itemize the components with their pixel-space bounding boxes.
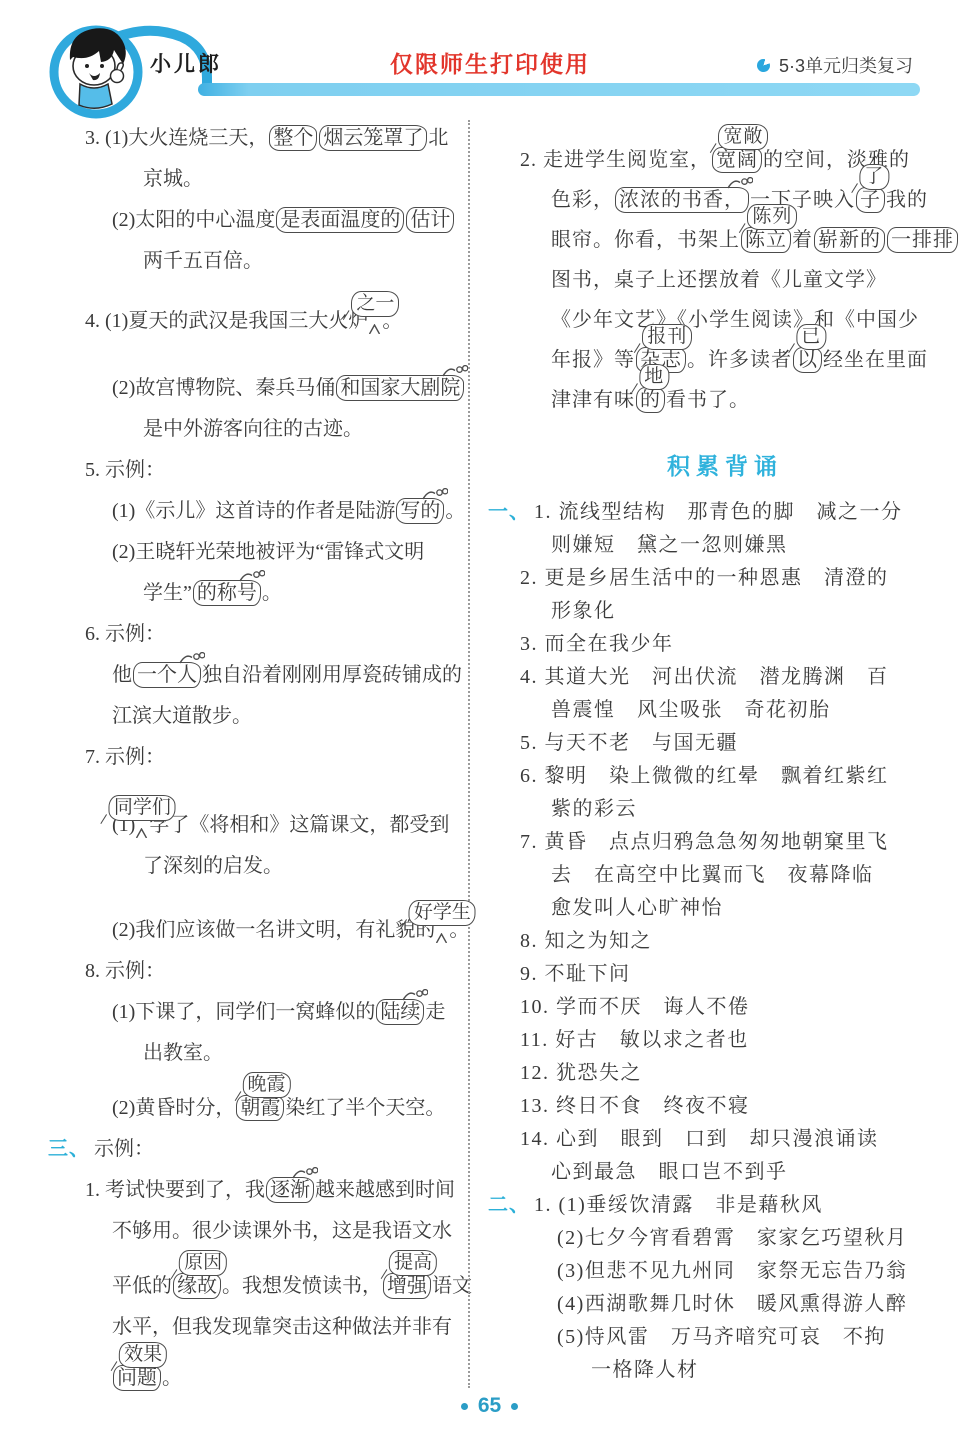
boxed-text-label: 估计 (410, 209, 450, 231)
text-line: 7. 示例： (85, 737, 476, 778)
text-run: 。 (262, 582, 282, 604)
text-run: 13. 终日不食 终夜不寝 (520, 1095, 750, 1117)
boxed-text-label: 一排排 (891, 229, 954, 251)
text-line: 则嫌短 黛之一忽则嫌黑 (551, 529, 962, 562)
text-run: (2)黄昏时分， (112, 1097, 235, 1119)
correction-bubble: 已 (796, 324, 826, 350)
page-dot-icon (511, 1403, 518, 1410)
text-line: 7. 黄昏 点点归鸦急急匆匆地朝窠里飞 (520, 826, 962, 859)
text-run: 图书，桌子上还摆放着《儿童文学》 (551, 269, 887, 291)
delete-mark-icon (179, 652, 205, 664)
boxed-text-label: 烟云笼罩了 (323, 127, 423, 149)
text-run: 5. 示例： (85, 459, 165, 481)
page-dot-icon (461, 1403, 468, 1410)
section-marker: 二、 (488, 1194, 530, 1216)
text-line: 两千五百倍。 (143, 241, 476, 282)
delete-mark-icon (239, 570, 265, 582)
text-run: (5)恃风雷 万马齐喑究可哀 不拘 (557, 1326, 886, 1348)
text-line: 年报》等杂志报刊。许多读者以已经坐在里面 (551, 340, 962, 380)
boxed-text-deleted: 的称号 (193, 580, 261, 606)
correction-bubble: 原因 (179, 1250, 227, 1276)
boxed-text: 整个 (269, 125, 317, 151)
text-run: 他 (112, 664, 132, 686)
text-line: (1)下课了，同学们一窝蜂似的陆续走 (112, 992, 476, 1033)
insert-caret-icon (368, 324, 381, 334)
boxed-text-deleted: 和国家大剧院 (336, 375, 464, 401)
boxed-text-label: 逐渐 (270, 1179, 310, 1201)
text-run: 看书了。 (666, 389, 750, 411)
text-run: (3)但悲不见九州同 家祭无忘告乃翁 (557, 1260, 907, 1282)
text-line: 一格降人材 (591, 1354, 962, 1387)
text-run: 1. (1)垂绥饮清露 非是藉秋风 (534, 1194, 823, 1216)
correction-bubble: 效果 (119, 1342, 167, 1368)
boxed-text: 一排排 (887, 227, 958, 253)
text-line: (2)黄昏时分，朝霞晚霞染红了半个天空。 (112, 1088, 476, 1129)
correction-bubble: 晚霞 (242, 1072, 290, 1098)
delete-mark-icon (422, 488, 448, 500)
section-marker: 一、 (488, 501, 530, 523)
boxed-text-replaced: 以已 (793, 347, 822, 373)
text-run: 两千五百倍。 (143, 250, 263, 272)
boxed-text-replaced: 朝霞晚霞 (236, 1095, 284, 1121)
boxed-text-label: 宽阔 (716, 149, 758, 171)
text-run: 独自沿着刚刚用厚瓷砖铺成的 (202, 664, 462, 686)
recitation-heading: 积累背诵 (488, 448, 962, 481)
insertion-mark: 之一 (368, 300, 382, 334)
text-run: 3. (1)大火连烧三天， (85, 127, 268, 149)
text-line: 3. (1)大火连烧三天，整个烟云笼罩了北 (85, 118, 476, 159)
text-run: 8. 知之为知之 (520, 930, 652, 952)
text-run: (2)我们应该做一名讲文明，有礼貌的 (112, 919, 435, 941)
boxed-text-deleted: 浓浓的书香， (615, 187, 749, 213)
text-line: (3)但悲不见九州同 家祭无忘告乃翁 (557, 1255, 962, 1288)
text-line: 眼帘。你看，书架上陈立陈列着崭新的一排排 (551, 220, 962, 260)
boxed-text-label: 崭新的 (818, 229, 881, 251)
text-run: 2. 走进学生阅览室， (520, 149, 711, 171)
text-run: 4. 其道大光 河出伏流 潜龙腾渊 百 (520, 666, 889, 688)
boxed-text-deleted: 逐渐 (266, 1177, 314, 1203)
insertion-mark: 同学们 (135, 804, 149, 838)
text-run: 年报》等 (551, 349, 635, 371)
boxed-text-label: 的称号 (197, 582, 257, 604)
boxed-text-label: 陆续 (380, 1001, 420, 1023)
text-run: 眼帘。你看，书架上 (551, 229, 740, 251)
text-line: 14. 心到 眼到 口到 却只漫浪诵读 (520, 1123, 962, 1156)
text-run: 水平，但我发现靠突击这种做法并非有 (112, 1316, 452, 1338)
text-run: 北 (428, 127, 448, 149)
text-run: 心到最急 眼口岂不到乎 (551, 1161, 788, 1183)
text-run: 兽震惶 风尘吸张 奇花初胎 (551, 699, 831, 721)
boxed-text-replaced: 子了 (856, 187, 885, 213)
text-line: 8. 示例： (85, 951, 476, 992)
recitation-list: 一、1. 流线型结构 那青色的脚 减之一分则嫌短 黛之一忽则嫌黑2. 更是乡居生… (488, 496, 962, 1387)
text-line: 1. 考试快要到了，我逐渐越来越感到时间 (85, 1170, 476, 1211)
insert-caret (368, 324, 381, 334)
text-run: 走 (425, 1001, 445, 1023)
correction-bubble: 提高 (389, 1250, 437, 1276)
boxed-text-label: 和国家大剧院 (340, 377, 460, 399)
delete-mark (442, 365, 468, 377)
delete-mark-icon (292, 1167, 318, 1179)
text-line: (2)太阳的中心温度是表面温度的估计 (112, 200, 476, 241)
text-run: 了深刻的启发。 (143, 855, 283, 877)
delete-mark (179, 652, 205, 664)
boxed-text: 是表面温度的 (276, 207, 404, 233)
boxed-text-replaced: 陈立陈列 (741, 227, 791, 253)
text-line: 平低的缘故原因。我想发愤读书，增强提高语文 (112, 1266, 476, 1307)
text-run: 7. 示例： (85, 746, 165, 768)
text-run: 京城。 (143, 168, 203, 190)
text-line: 江滨大道散步。 (112, 696, 476, 737)
boxed-text-label: 整个 (273, 127, 313, 149)
unit-review-label: 5·3单元归类复习 (757, 52, 913, 78)
text-line: 去 在高空中比翼而飞 夜幕降临 (551, 859, 962, 892)
text-run: 语文 (432, 1275, 472, 1297)
text-run: 经坐在里面 (823, 349, 928, 371)
text-line: 《少年文艺》《小学生阅读》和《中国少 (551, 300, 962, 340)
text-run: 津津有味 (551, 389, 635, 411)
boxed-text-label: 一个人 (137, 664, 197, 686)
text-line: 11. 好古 敏以求之者也 (520, 1024, 962, 1057)
text-line: 3. 而全在我少年 (520, 628, 962, 661)
text-run: 我的 (886, 189, 928, 211)
insert-caret (435, 933, 448, 943)
text-run: 江滨大道散步。 (112, 705, 252, 727)
text-line: 6. 示例： (85, 614, 476, 655)
text-line: 津津有味的地看书了。 (551, 380, 962, 420)
text-line: 问题效果。 (112, 1358, 476, 1399)
right-column: 2. 走进学生阅览室，宽阔宽敞的空间，淡雅的色彩，浓浓的书香，一下子映入子了我的… (488, 118, 962, 1387)
text-line: 心到最急 眼口岂不到乎 (551, 1156, 962, 1189)
text-run: 1. 考试快要到了，我 (85, 1179, 265, 1201)
text-run: 平低的 (112, 1275, 172, 1297)
text-run: 色彩， (551, 189, 614, 211)
text-run: 是中外游客向往的古迹。 (143, 418, 363, 440)
boxed-text-label: 写的 (400, 500, 440, 522)
text-line: (2)七夕今宵看碧霄 家家乞巧望秋月 (557, 1222, 962, 1255)
text-run: 形象化 (551, 600, 616, 622)
correction-bubble: 之一 (351, 291, 399, 317)
column-divider (468, 120, 470, 1388)
text-run: 11. 好古 敏以求之者也 (520, 1029, 749, 1051)
text-line: 4. 其道大光 河出伏流 潜龙腾渊 百 (520, 661, 962, 694)
text-line: 5. 与天不老 与国无疆 (520, 727, 962, 760)
text-line: 出教室。 (143, 1033, 476, 1074)
text-line: 10. 学而不厌 诲人不倦 (520, 991, 962, 1024)
text-run: 。许多读者 (687, 349, 792, 371)
text-run: 。 (445, 500, 465, 522)
text-line: (5)恃风雷 万马齐喑究可哀 不拘 (557, 1321, 962, 1354)
text-run: 着 (792, 229, 813, 251)
text-run: 不够用。很少读课外书，这是我语文水 (112, 1220, 452, 1242)
text-run: 染红了半个天空。 (285, 1097, 445, 1119)
text-run: 14. 心到 眼到 口到 却只漫浪诵读 (520, 1128, 879, 1150)
bullet-dot-icon (757, 59, 770, 72)
text-line: 5. 示例： (85, 450, 476, 491)
text-line: 京城。 (143, 159, 476, 200)
workbook-answer-page: 小儿郎 仅限师生打印使用 5·3单元归类复习 3. (1)大火连烧三天，整个烟云… (0, 0, 979, 1447)
insert-caret (135, 828, 148, 838)
text-run: (2)故宫博物院、秦兵马俑 (112, 377, 335, 399)
boxed-text-label: 浓浓的书香， (619, 189, 745, 211)
delete-mark-icon (727, 177, 753, 189)
correction-bubble: 好学生 (409, 900, 476, 926)
section-marker: 三、 (48, 1138, 90, 1160)
text-line: 9. 不耻下问 (520, 958, 962, 991)
text-run: 9. 不耻下问 (520, 963, 631, 985)
text-line: (2)我们应该做一名讲文明，有礼貌的好学生。 (112, 909, 476, 951)
text-run: 学了《将相和》这篇课文，都受到 (149, 814, 449, 836)
text-run: 4. (1)夏天的武汉是我国三大火炉 (85, 310, 368, 332)
text-line: 是中外游客向往的古迹。 (143, 409, 476, 450)
boxed-text-label: 陈立 (745, 229, 787, 251)
page-number-footer: 65 (0, 1394, 979, 1418)
print-notice: 仅限师生打印使用 (290, 46, 690, 79)
text-line: (1)《示儿》这首诗的作者是陆游写的。 (112, 491, 476, 532)
correction-bubble: 陈列 (747, 204, 797, 230)
text-line: 愈发叫人心旷神怡 (551, 892, 962, 925)
insert-caret-icon (435, 933, 448, 943)
text-line: 学生”的称号。 (143, 573, 476, 614)
text-line: 图书，桌子上还摆放着《儿童文学》 (551, 260, 962, 300)
delete-mark (239, 570, 265, 582)
brand-name: 小儿郎 (150, 48, 222, 78)
text-run: 2. 更是乡居生活中的一种恩惠 清澄的 (520, 567, 889, 589)
text-line: 一、1. 流线型结构 那青色的脚 减之一分 (488, 496, 962, 529)
text-line: (1)同学们学了《将相和》这篇课文，都受到 (112, 804, 476, 846)
boxed-text-label: 问题 (117, 1367, 157, 1389)
text-line: 三、示例： (48, 1129, 476, 1170)
text-run: 出教室。 (143, 1042, 223, 1064)
text-run: 6. 示例： (85, 623, 165, 645)
boxed-text-deleted: 陆续 (376, 999, 424, 1025)
text-line: 不够用。很少读课外书，这是我语文水 (112, 1211, 476, 1252)
boxed-text-label: 是表面温度的 (280, 209, 400, 231)
page-header: 小儿郎 仅限师生打印使用 5·3单元归类复习 (0, 0, 979, 125)
text-line: 8. 知之为知之 (520, 925, 962, 958)
text-run: (2)太阳的中心温度 (112, 209, 275, 231)
text-run: 7. 黄昏 点点归鸦急急匆匆地朝窠里飞 (520, 831, 889, 853)
text-line: 13. 终日不食 终夜不寝 (520, 1090, 962, 1123)
boxed-text: 崭新的 (814, 227, 885, 253)
text-line: 兽震惶 风尘吸张 奇花初胎 (551, 694, 962, 727)
text-line: 2. 走进学生阅览室，宽阔宽敞的空间，淡雅的 (520, 140, 962, 180)
left-column: 3. (1)大火连烧三天，整个烟云笼罩了北京城。(2)太阳的中心温度是表面温度的… (48, 118, 476, 1399)
boxed-text-deleted: 写的 (396, 498, 444, 524)
text-line: 4. (1)夏天的武汉是我国三大火炉之一。 (85, 300, 476, 342)
boxed-text-replaced: 的地 (636, 387, 665, 413)
boxed-text-label: 缘故 (177, 1275, 217, 1297)
text-run: 《少年文艺》《小学生阅读》和《中国少 (551, 309, 919, 331)
text-run: (2)王晓轩光荣地被评为“雷锋式文明 (112, 541, 424, 563)
boxed-text-deleted: 一个人 (133, 662, 201, 688)
text-run: 。 (162, 1367, 182, 1389)
correction-bubble: 报刊 (642, 324, 692, 350)
text-run: 越来越感到时间 (315, 1179, 455, 1201)
text-run: 10. 学而不厌 诲人不倦 (520, 996, 750, 1018)
unit-review-text: 5·3单元归类复习 (779, 52, 913, 78)
text-run: 愈发叫人心旷神怡 (551, 897, 723, 919)
insertion-mark: 好学生 (435, 909, 449, 943)
text-line: 6. 黎明 染上微微的红晕 飘着红紫红 (520, 760, 962, 793)
text-run: (4)西湖歌舞几时休 暖风熏得游人醉 (557, 1293, 907, 1315)
text-run: 6. 黎明 染上微微的红晕 飘着红紫红 (520, 765, 889, 787)
boxed-text-replaced: 增强提高 (383, 1273, 431, 1299)
delete-mark-icon (402, 989, 428, 1001)
text-run: 则嫌短 黛之一忽则嫌黑 (551, 534, 788, 556)
text-run: 的空间，淡雅的 (763, 149, 910, 171)
boxed-text: 烟云笼罩了 (319, 125, 427, 151)
header-bar (198, 83, 920, 96)
boxed-text-replaced: 问题效果 (113, 1365, 161, 1391)
text-run: 。我想发愤读书， (222, 1275, 382, 1297)
text-run: 12. 犹恐失之 (520, 1062, 642, 1084)
delete-mark (422, 488, 448, 500)
text-run: 1. 流线型结构 那青色的脚 减之一分 (534, 501, 903, 523)
text-run: 紫的彩云 (551, 798, 637, 820)
boxed-text: 估计 (406, 207, 454, 233)
text-run: 去 在高空中比翼而飞 夜幕降临 (551, 864, 874, 886)
delete-mark (727, 177, 753, 189)
delete-mark (292, 1167, 318, 1179)
text-line: 2. 更是乡居生活中的一种恩惠 清澄的 (520, 562, 962, 595)
text-run: (1)《示儿》这首诗的作者是陆游 (112, 500, 395, 522)
text-run: (1)下课了，同学们一窝蜂似的 (112, 1001, 375, 1023)
text-line: (2)王晓轩光荣地被评为“雷锋式文明 (112, 532, 476, 573)
boxed-text-replaced: 宽阔宽敞 (712, 147, 762, 173)
correction-bubble: 同学们 (109, 795, 176, 821)
text-run: 一格降人材 (591, 1359, 699, 1381)
correction-bubble: 了 (859, 164, 889, 190)
correction-bubble: 宽敞 (718, 124, 768, 150)
text-line: 形象化 (551, 595, 962, 628)
boxed-text-replaced: 缘故原因 (173, 1273, 221, 1299)
text-line: 二、1. (1)垂绥饮清露 非是藉秋风 (488, 1189, 962, 1222)
text-run: 示例： (94, 1138, 154, 1160)
text-run: 学生” (143, 582, 192, 604)
text-line: 他一个人独自沿着刚刚用厚瓷砖铺成的 (112, 655, 476, 696)
text-run: 5. 与天不老 与国无疆 (520, 732, 738, 754)
correction-bubble: 地 (639, 364, 669, 390)
boxed-text-label: 增强 (387, 1275, 427, 1297)
text-run: 8. 示例： (85, 960, 165, 982)
text-line: (2)故宫博物院、秦兵马俑和国家大剧院 (112, 368, 476, 409)
text-line: (4)西湖歌舞几时休 暖风熏得游人醉 (557, 1288, 962, 1321)
text-line: 12. 犹恐失之 (520, 1057, 962, 1090)
insert-caret-icon (135, 828, 148, 838)
text-run: (2)七夕今宵看碧霄 家家乞巧望秋月 (557, 1227, 907, 1249)
delete-mark (402, 989, 428, 1001)
delete-mark-icon (442, 365, 468, 377)
text-line: 紫的彩云 (551, 793, 962, 826)
text-line: 水平，但我发现靠突击这种做法并非有 (112, 1307, 476, 1348)
sentence-correction-block: 2. 走进学生阅览室，宽阔宽敞的空间，淡雅的色彩，浓浓的书香，一下子映入子了我的… (488, 140, 962, 420)
text-run: 3. 而全在我少年 (520, 633, 674, 655)
text-line: 了深刻的启发。 (143, 846, 476, 887)
page-number: 65 (478, 1394, 501, 1418)
